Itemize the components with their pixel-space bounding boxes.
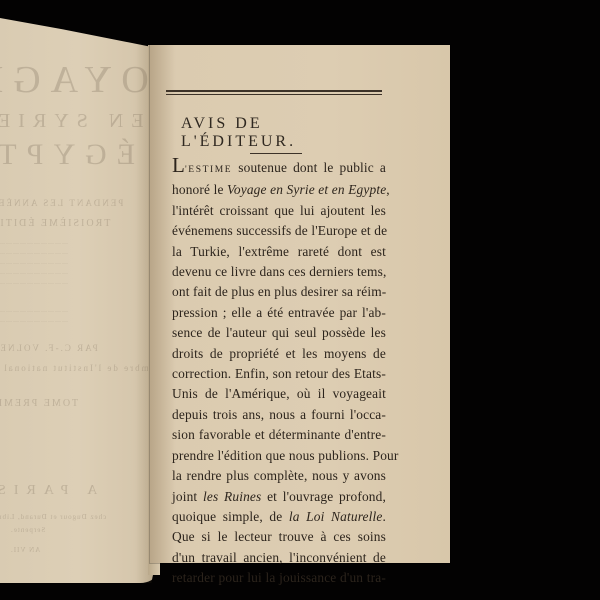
bleed-edition: TROISIÈME ÉDITION xyxy=(0,218,110,229)
text-line: honoré le Voyage en Syrie et en Egypte, xyxy=(172,180,386,200)
bleed-publisher: chez Dugour et Durand, Libraires xyxy=(0,513,106,521)
text-line: quoique simple, de la Loi Naturelle. xyxy=(172,507,386,527)
bleed-title-2: EN SYRIE xyxy=(0,110,143,133)
text-line: droits de propriété et les moyens de xyxy=(172,344,386,364)
text-line: joint les Ruines et l'ouvrage profond, xyxy=(172,487,386,507)
text-line: l'intérêt croissant que lui ajoutent les xyxy=(172,201,386,221)
text-line: Que si le lecteur trouve à ces soins xyxy=(172,527,386,547)
text-line: retarder pour lui la jouissance d'un tra… xyxy=(172,568,386,588)
text-line: L'ESTIME soutenue dont le public a xyxy=(172,155,386,180)
bleed-volume: TOME PREMIER xyxy=(0,398,78,409)
text-line: la Turkie, l'extrême rareté dont est xyxy=(172,242,386,262)
text-line: depuis trois ans, nous a fourni l'occa- xyxy=(172,405,386,425)
text-line: d'un travail ancien, l'inconvénient de xyxy=(172,548,386,568)
left-page: VOYAGE EN SYRIE ET EN ÉGYPTE PENDANT LES… xyxy=(0,18,156,583)
text-line: ont fait de plus en plus desirer sa réim… xyxy=(172,282,386,302)
text-line: Unis de l'Amérique, où il voyageait xyxy=(172,384,386,404)
text-line: prendre l'édition que nous publions. Pou… xyxy=(172,446,386,466)
header-double-rule xyxy=(166,90,382,95)
text-line: correction. Enfin, son retour des Etats- xyxy=(172,364,386,384)
bleed-author: PAR C.-F. VOLNEY xyxy=(0,343,98,353)
bleed-year: AN VII. xyxy=(10,546,40,554)
text-line: sence de l'auteur qui seul possède les xyxy=(172,323,386,343)
heading-rule xyxy=(250,153,302,154)
bleed-place: A PARIS xyxy=(0,483,97,499)
photo-scene: VOYAGE EN SYRIE ET EN ÉGYPTE PENDANT LES… xyxy=(0,0,600,600)
text-line: devenu ce livre dans ces derniers tems, xyxy=(172,262,386,282)
page-heading: AVIS DE L'ÉDITEUR. xyxy=(181,115,371,151)
body-text: L'ESTIME soutenue dont le public ahonoré… xyxy=(172,155,386,589)
text-line: sion favorable et déterminante d'entre- xyxy=(172,425,386,445)
right-page: AVIS DE L'ÉDITEUR. L'ESTIME soutenue don… xyxy=(150,45,450,563)
text-line: la rendre plus complète, nous y avons xyxy=(172,466,386,486)
text-line: événemens successifs de l'Europe et de xyxy=(172,221,386,241)
bleed-publisher-2: Serpente. xyxy=(10,526,45,534)
bleed-subtitle: PENDANT LES ANNÉES xyxy=(0,198,123,208)
text-line: pression ; elle a été entravée par l'ab- xyxy=(172,303,386,323)
